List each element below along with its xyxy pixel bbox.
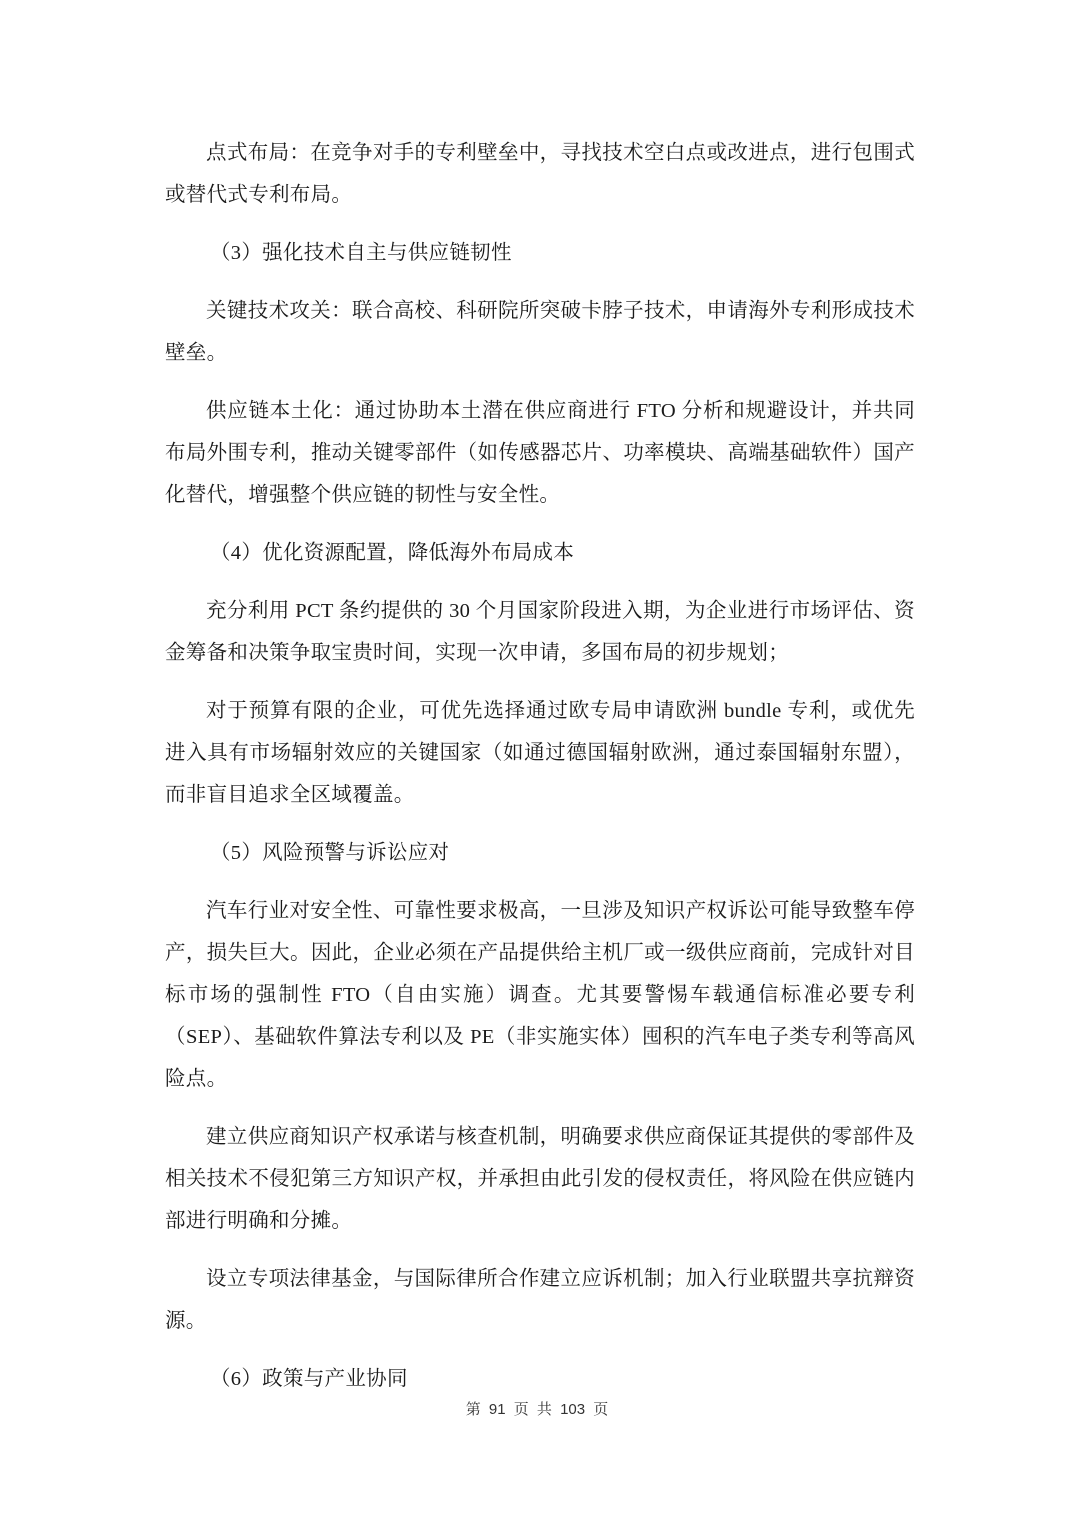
section-heading-4: （4）优化资源配置，降低海外布局成本 xyxy=(165,532,915,574)
document-page: 点式布局：在竞争对手的专利壁垒中，寻找技术空白点或改进点，进行包围式或替代式专利… xyxy=(165,132,915,1416)
paragraph-point-layout: 点式布局：在竞争对手的专利壁垒中，寻找技术空白点或改进点，进行包围式或替代式专利… xyxy=(165,132,915,216)
paragraph-pct: 充分利用 PCT 条约提供的 30 个月国家阶段进入期，为企业进行市场评估、资金… xyxy=(165,590,915,674)
page-number-footer: 第 91 页 共 103 页 xyxy=(0,1398,1074,1419)
paragraph-risk: 汽车行业对安全性、可靠性要求极高，一旦涉及知识产权诉讼可能导致整车停产，损失巨大… xyxy=(165,890,915,1100)
paragraph-supply-chain: 供应链本土化：通过协助本土潜在供应商进行 FTO 分析和规避设计，并共同布局外围… xyxy=(165,390,915,516)
section-heading-3: （3）强化技术自主与供应链韧性 xyxy=(165,232,915,274)
paragraph-key-tech: 关键技术攻关：联合高校、科研院所突破卡脖子技术，申请海外专利形成技术壁垒。 xyxy=(165,290,915,374)
section-heading-5: （5）风险预警与诉讼应对 xyxy=(165,832,915,874)
paragraph-budget: 对于预算有限的企业，可优先选择通过欧专局申请欧洲 bundle 专利，或优先进入… xyxy=(165,690,915,816)
section-heading-6: （6）政策与产业协同 xyxy=(165,1358,915,1400)
paragraph-supplier-ip: 建立供应商知识产权承诺与核查机制，明确要求供应商保证其提供的零部件及相关技术不侵… xyxy=(165,1116,915,1242)
paragraph-legal-fund: 设立专项法律基金，与国际律所合作建立应诉机制；加入行业联盟共享抗辩资源。 xyxy=(165,1258,915,1342)
